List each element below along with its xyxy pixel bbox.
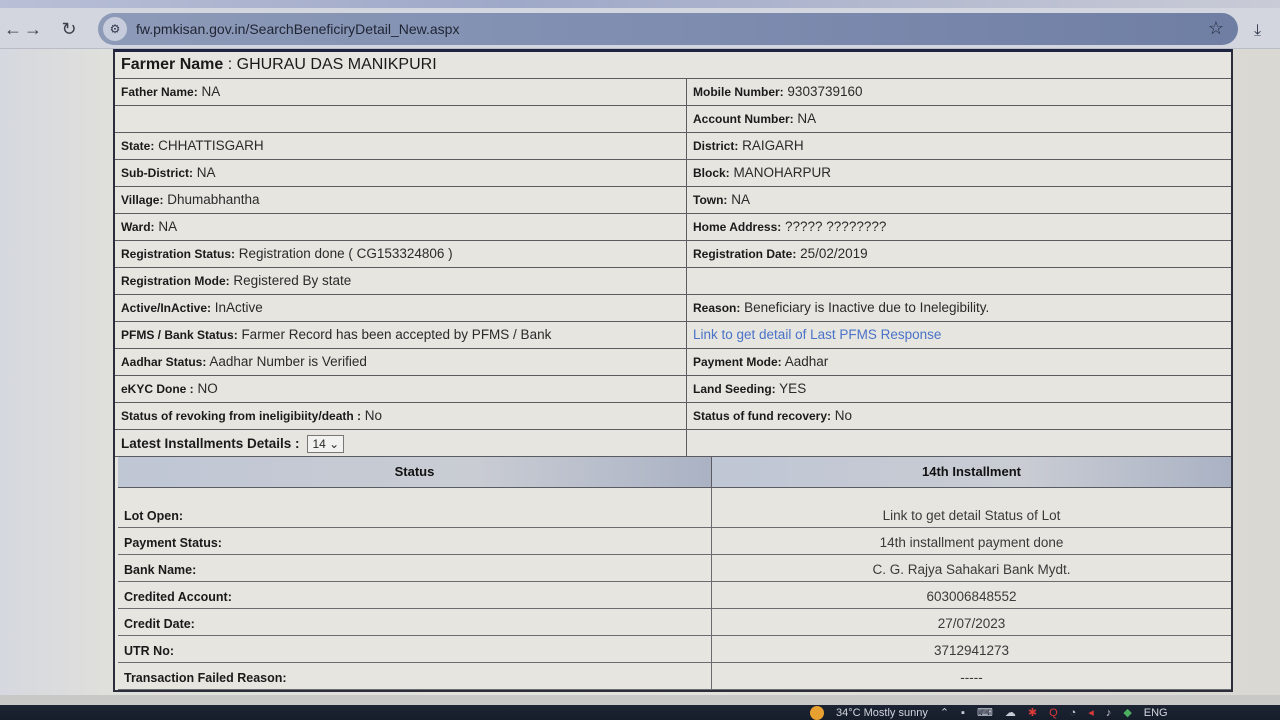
field-label: Registration Status: bbox=[121, 247, 235, 261]
volume-icon[interactable]: ♪ bbox=[1106, 707, 1112, 719]
status-column-header: Status bbox=[118, 457, 712, 488]
detail-cell-left: Status of revoking from ineligibiity/dea… bbox=[115, 403, 687, 430]
weather-text[interactable]: 34°C Mostly sunny bbox=[836, 707, 928, 719]
field-label: PFMS / Bank Status: bbox=[121, 328, 238, 342]
field-label: eKYC Done : bbox=[121, 382, 194, 396]
installment-row-value: 3712941273 bbox=[712, 636, 1231, 663]
page-content: Farmer Name : GHURAU DAS MANIKPURI Fathe… bbox=[0, 49, 1280, 695]
field-value: Aadhar bbox=[782, 354, 829, 369]
installment-row-label: UTR No: bbox=[118, 636, 712, 663]
installment-row-value: C. G. Rajya Sahakari Bank Mydt. bbox=[712, 555, 1231, 582]
farmer-name-row: Farmer Name : GHURAU DAS MANIKPURI bbox=[115, 52, 1231, 79]
field-label: Status of fund recovery: bbox=[693, 409, 831, 423]
field-label: Mobile Number: bbox=[693, 85, 784, 99]
detail-cell-left: PFMS / Bank Status: Farmer Record has be… bbox=[115, 322, 687, 349]
detail-cell-right: Block: MANOHARPUR bbox=[687, 160, 1231, 187]
detail-cell-left: Ward: NA bbox=[115, 214, 687, 241]
detail-cell-right: Land Seeding: YES bbox=[687, 376, 1231, 403]
detail-cell-right: Mobile Number: 9303739160 bbox=[687, 79, 1231, 106]
field-value: ????? ???????? bbox=[781, 219, 886, 234]
pfms-response-link[interactable]: Link to get detail of Last PFMS Response bbox=[693, 327, 941, 342]
field-label: Home Address: bbox=[693, 220, 781, 234]
field-label: Village: bbox=[121, 193, 163, 207]
field-value: NA bbox=[794, 111, 817, 126]
field-value: Beneficiary is Inactive due to Inelegibi… bbox=[740, 300, 989, 315]
quick-heal-icon[interactable]: Q bbox=[1049, 707, 1058, 719]
detail-cell-right: Reason: Beneficiary is Inactive due to I… bbox=[687, 295, 1231, 322]
detail-cell-left bbox=[115, 106, 687, 133]
details-grid: Father Name: NAMobile Number: 9303739160… bbox=[115, 79, 1231, 430]
installment-row-label: Lot Open: bbox=[118, 488, 712, 528]
reload-icon[interactable]: ↻ bbox=[58, 18, 80, 40]
field-value: NA bbox=[193, 165, 216, 180]
address-bar[interactable]: ⚙ fw.pmkisan.gov.in/SearchBeneficiryDeta… bbox=[98, 13, 1238, 45]
installment-column-header: 14th Installment bbox=[712, 457, 1231, 488]
field-label: District: bbox=[693, 139, 738, 153]
security-shield-icon[interactable]: ◆ bbox=[1123, 706, 1131, 719]
wifi-icon[interactable]: ◔ bbox=[1070, 707, 1077, 719]
installment-row-label: Bank Name: bbox=[118, 555, 712, 582]
detail-cell-left: Aadhar Status: Aadhar Number is Verified bbox=[115, 349, 687, 376]
forward-icon[interactable]: → bbox=[22, 18, 44, 40]
field-value: Registered By state bbox=[230, 273, 352, 288]
detail-cell-right: Status of fund recovery: No bbox=[687, 403, 1231, 430]
detail-cell-right: Town: NA bbox=[687, 187, 1231, 214]
field-value: MANOHARPUR bbox=[730, 165, 831, 180]
field-label: Payment Mode: bbox=[693, 355, 782, 369]
field-value: NO bbox=[194, 381, 218, 396]
field-label: Town: bbox=[693, 193, 727, 207]
bug-icon[interactable]: ✱ bbox=[1028, 706, 1037, 719]
installment-row-label: Credit Date: bbox=[118, 609, 712, 636]
detail-cell-left: Father Name: NA bbox=[115, 79, 687, 106]
detail-cell-right: Registration Date: 25/02/2019 bbox=[687, 241, 1231, 268]
field-value: NA bbox=[727, 192, 750, 207]
field-label: State: bbox=[121, 139, 154, 153]
field-value: CHHATTISGARH bbox=[154, 138, 263, 153]
url-text[interactable]: fw.pmkisan.gov.in/SearchBeneficiryDetail… bbox=[136, 21, 459, 37]
beneficiary-detail-sheet: Farmer Name : GHURAU DAS MANIKPURI Fathe… bbox=[113, 49, 1233, 692]
installment-row-value: 14th installment payment done bbox=[712, 528, 1231, 555]
field-value: No bbox=[361, 408, 382, 423]
field-value: 25/02/2019 bbox=[796, 246, 867, 261]
site-info-icon[interactable]: ⚙ bbox=[103, 17, 127, 41]
field-value: Farmer Record has been accepted by PFMS … bbox=[238, 327, 552, 342]
detail-cell-right: Account Number: NA bbox=[687, 106, 1231, 133]
detail-cell-left: Sub-District: NA bbox=[115, 160, 687, 187]
installments-header-row: Latest Installments Details : 14 ⌄ bbox=[115, 430, 1231, 457]
field-label: Father Name: bbox=[121, 85, 198, 99]
tab-strip bbox=[0, 0, 1280, 8]
field-value: No bbox=[831, 408, 852, 423]
installment-table: Status 14th Installment Lot Open:Link to… bbox=[118, 457, 1231, 690]
field-value: NA bbox=[155, 219, 178, 234]
installments-label: Latest Installments Details : bbox=[121, 436, 300, 451]
field-value: NA bbox=[198, 84, 221, 99]
detail-cell-left: Active/InActive: InActive bbox=[115, 295, 687, 322]
input-tray-icon[interactable]: ⌨ bbox=[977, 706, 993, 719]
field-label: Active/InActive: bbox=[121, 301, 211, 315]
weather-icon[interactable] bbox=[810, 706, 824, 720]
field-label: Land Seeding: bbox=[693, 382, 776, 396]
language-indicator[interactable]: ENG bbox=[1144, 707, 1168, 719]
detail-cell-left: Registration Mode: Registered By state bbox=[115, 268, 687, 295]
farmer-name-label: Farmer Name bbox=[121, 56, 223, 73]
field-value: 9303739160 bbox=[784, 84, 863, 99]
field-label: Aadhar Status: bbox=[121, 355, 206, 369]
installment-row-value: 603006848552 bbox=[712, 582, 1231, 609]
field-value: Aadhar Number is Verified bbox=[206, 354, 367, 369]
field-label: Registration Mode: bbox=[121, 274, 230, 288]
field-value: InActive bbox=[211, 300, 263, 315]
field-label: Account Number: bbox=[693, 112, 794, 126]
chevron-up-icon[interactable]: ⌃ bbox=[940, 706, 949, 719]
app-tray-icon[interactable]: ▪ bbox=[961, 707, 965, 719]
detail-cell-left: Village: Dhumabhantha bbox=[115, 187, 687, 214]
browser-toolbar: ← → ↻ ⚙ fw.pmkisan.gov.in/SearchBenefici… bbox=[0, 8, 1280, 49]
bookmark-star-icon[interactable]: ☆ bbox=[1208, 18, 1224, 39]
installment-row-label: Transaction Failed Reason: bbox=[118, 663, 712, 690]
field-value: Registration done ( CG153324806 ) bbox=[235, 246, 453, 261]
lot-status-link[interactable]: Link to get detail Status of Lot bbox=[712, 488, 1231, 528]
detail-cell-right: Home Address: ????? ???????? bbox=[687, 214, 1231, 241]
field-label: Block: bbox=[693, 166, 730, 180]
field-label: Sub-District: bbox=[121, 166, 193, 180]
detail-cell-left: eKYC Done : NO bbox=[115, 376, 687, 403]
cloud-icon[interactable]: ☁ bbox=[1005, 706, 1016, 719]
detail-cell-right bbox=[687, 268, 1231, 295]
field-label: Registration Date: bbox=[693, 247, 796, 261]
field-label: Reason: bbox=[693, 301, 740, 315]
installment-row-label: Payment Status: bbox=[118, 528, 712, 555]
field-value: RAIGARH bbox=[738, 138, 803, 153]
detail-cell-right: Payment Mode: Aadhar bbox=[687, 349, 1231, 376]
download-icon[interactable]: ⤓ bbox=[1254, 22, 1261, 40]
installment-select[interactable]: 14 ⌄ bbox=[307, 435, 344, 453]
farmer-name-value: GHURAU DAS MANIKPURI bbox=[237, 56, 437, 73]
back-icon[interactable]: ← bbox=[2, 18, 24, 40]
detail-cell-left: Registration Status: Registration done (… bbox=[115, 241, 687, 268]
installment-row-value: ----- bbox=[712, 663, 1231, 690]
field-value: YES bbox=[776, 381, 807, 396]
detail-cell-right: District: RAIGARH bbox=[687, 133, 1231, 160]
flag-icon[interactable]: ◂ bbox=[1088, 706, 1094, 719]
field-value: Dhumabhantha bbox=[163, 192, 259, 207]
installment-row-value: 27/07/2023 bbox=[712, 609, 1231, 636]
field-label: Status of revoking from ineligibiity/dea… bbox=[121, 409, 361, 423]
detail-cell-right: Link to get detail of Last PFMS Response bbox=[687, 322, 1231, 349]
field-label: Ward: bbox=[121, 220, 155, 234]
system-tray: 34°C Mostly sunny ⌃ ▪ ⌨ ☁ ✱ Q ◔ ◂ ♪ ◆ EN… bbox=[810, 705, 1168, 720]
installment-row-label: Credited Account: bbox=[118, 582, 712, 609]
detail-cell-left: State: CHHATTISGARH bbox=[115, 133, 687, 160]
